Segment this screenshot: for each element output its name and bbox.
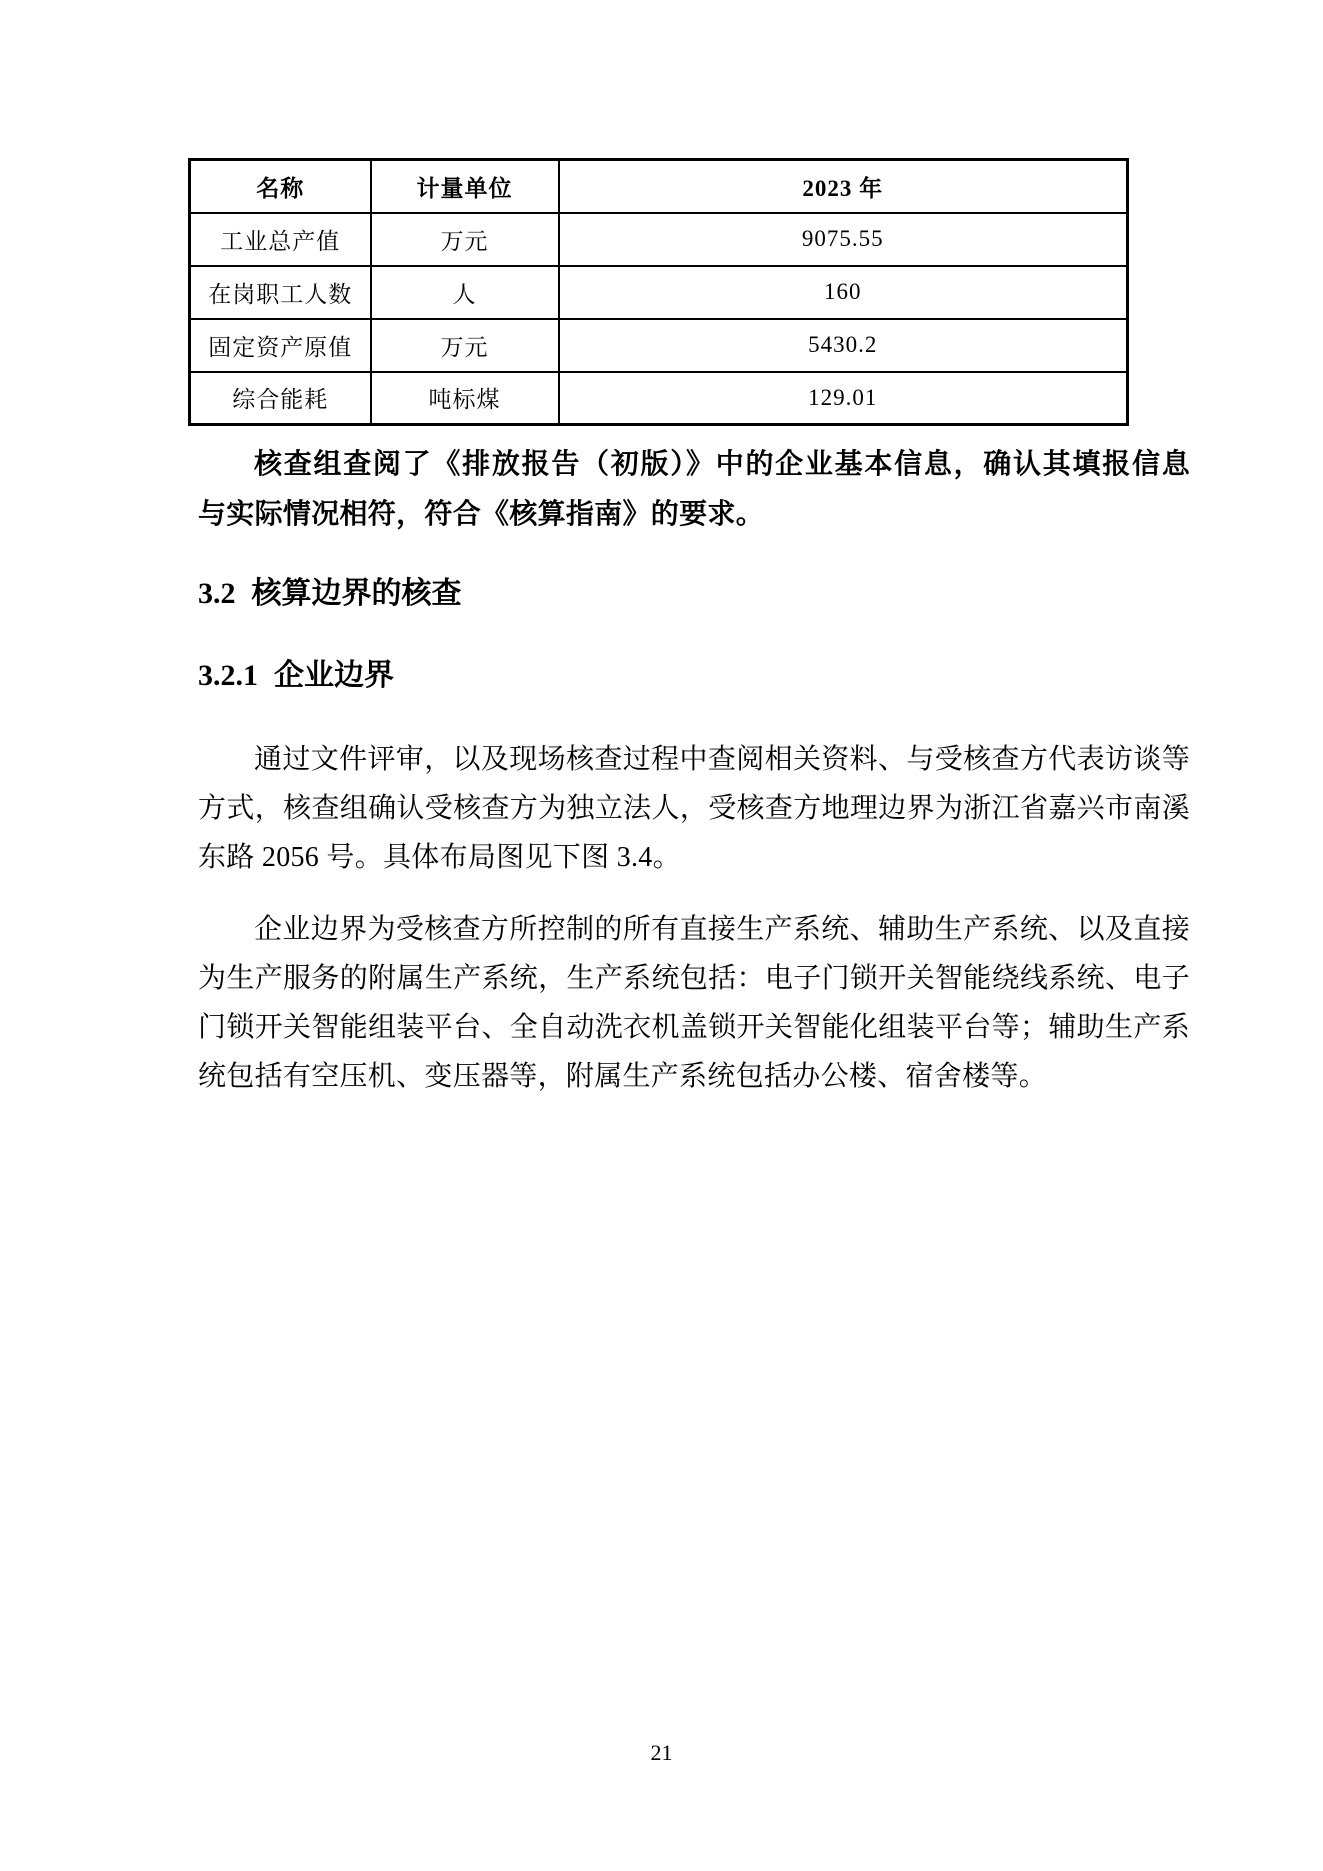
paragraph-line: 东路 2056 号。具体布局图见下图 3.4。 xyxy=(198,833,1190,882)
table-cell-value: 9075.55 xyxy=(559,213,1128,266)
heading-title: 核算边界的核查 xyxy=(252,577,462,610)
table-row: 固定资产原值 万元 5430.2 xyxy=(190,319,1128,372)
table-cell-value: 160 xyxy=(559,266,1128,319)
table-cell-unit: 人 xyxy=(371,266,559,319)
heading-title: 企业边界 xyxy=(274,659,394,692)
table-header-year: 2023 年 xyxy=(559,160,1128,213)
table-cell-unit: 万元 xyxy=(371,319,559,372)
table-cell-unit: 吨标煤 xyxy=(371,372,559,425)
paragraph-line: 统包括有空压机、变压器等，附属生产系统包括办公楼、宿舍楼等。 xyxy=(198,1052,1190,1101)
heading-number: 3.2 xyxy=(198,577,236,610)
paragraph-line: 与实际情况相符，符合《核算指南》的要求。 xyxy=(198,490,1190,540)
paragraph-line: 企业边界为受核查方所控制的所有直接生产系统、辅助生产系统、以及直接 xyxy=(198,905,1190,954)
paragraph-line: 门锁开关智能组装平台、全自动洗衣机盖锁开关智能化组装平台等；辅助生产系 xyxy=(198,1003,1190,1052)
confirm-paragraph: 核查组查阅了《排放报告（初版）》中的企业基本信息，确认其填报信息 与实际情况相符… xyxy=(198,440,1190,540)
page-content: 名称 计量单位 2023 年 工业总产值 万元 9075.55 在岗职工人数 人… xyxy=(198,0,1190,1101)
table-cell-name: 工业总产值 xyxy=(190,213,371,266)
section-heading-3-2-1: 3.2.1企业边界 xyxy=(198,658,1190,694)
table-cell-value: 129.01 xyxy=(559,372,1128,425)
table-header-unit: 计量单位 xyxy=(371,160,559,213)
table-cell-name: 固定资产原值 xyxy=(190,319,371,372)
paragraph-line: 为生产服务的附属生产系统，生产系统包括：电子门锁开关智能绕线系统、电子 xyxy=(198,954,1190,1003)
location-paragraph: 通过文件评审，以及现场核查过程中查阅相关资料、与受核查方代表访谈等 方式，核查组… xyxy=(198,735,1190,882)
basic-info-table: 名称 计量单位 2023 年 工业总产值 万元 9075.55 在岗职工人数 人… xyxy=(188,158,1129,426)
paragraph-line: 通过文件评审，以及现场核查过程中查阅相关资料、与受核查方代表访谈等 xyxy=(198,735,1190,784)
table-header-name: 名称 xyxy=(190,160,371,213)
boundary-paragraph: 企业边界为受核查方所控制的所有直接生产系统、辅助生产系统、以及直接 为生产服务的… xyxy=(198,905,1190,1101)
table-cell-value: 5430.2 xyxy=(559,319,1128,372)
paragraph-line: 方式，核查组确认受核查方为独立法人，受核查方地理边界为浙江省嘉兴市南溪 xyxy=(198,784,1190,833)
table-cell-name: 综合能耗 xyxy=(190,372,371,425)
table-header-row: 名称 计量单位 2023 年 xyxy=(190,160,1128,213)
table-row: 在岗职工人数 人 160 xyxy=(190,266,1128,319)
paragraph-line: 核查组查阅了《排放报告（初版）》中的企业基本信息，确认其填报信息 xyxy=(198,440,1190,490)
heading-number: 3.2.1 xyxy=(198,659,258,692)
table-cell-unit: 万元 xyxy=(371,213,559,266)
section-heading-3-2: 3.2核算边界的核查 xyxy=(198,576,1190,612)
page-number: 21 xyxy=(0,1740,1323,1766)
table-row: 工业总产值 万元 9075.55 xyxy=(190,213,1128,266)
document-page: 名称 计量单位 2023 年 工业总产值 万元 9075.55 在岗职工人数 人… xyxy=(0,0,1323,1871)
table-row: 综合能耗 吨标煤 129.01 xyxy=(190,372,1128,425)
table-cell-name: 在岗职工人数 xyxy=(190,266,371,319)
